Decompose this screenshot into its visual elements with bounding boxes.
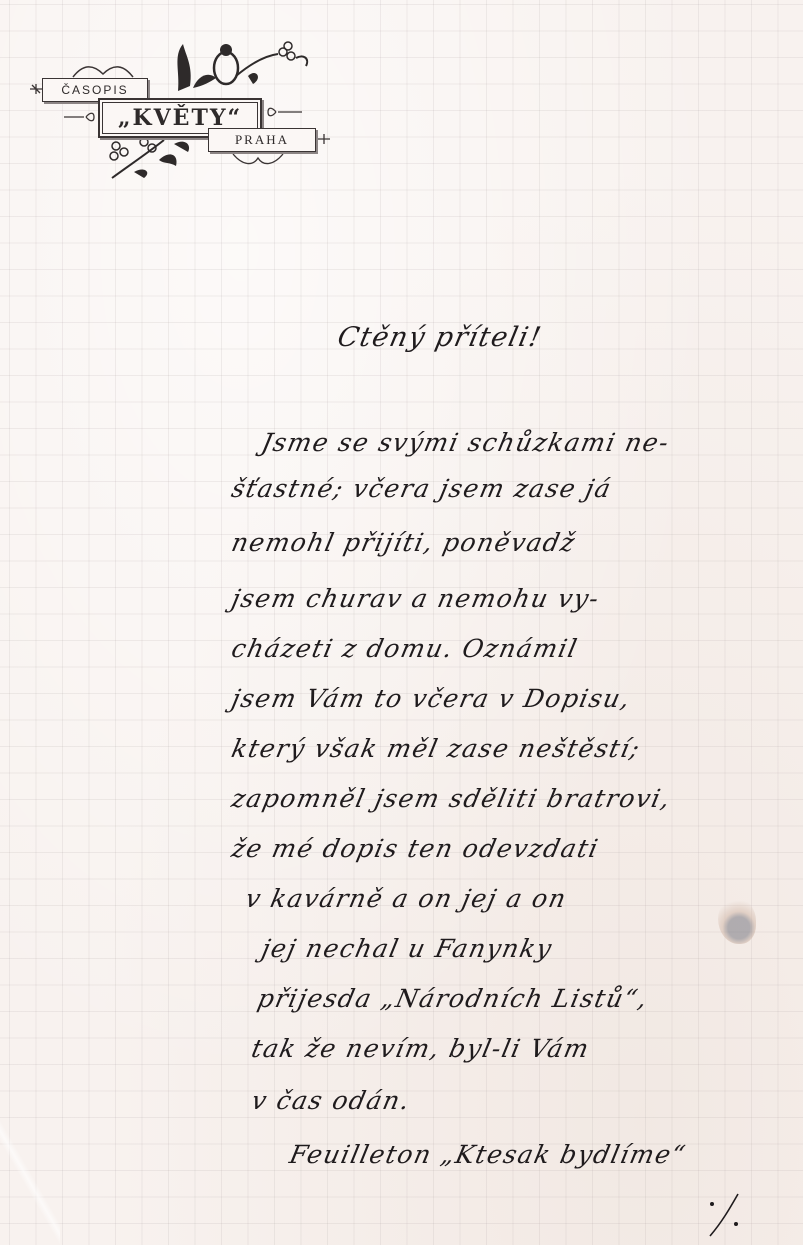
letter-line: jsem Vám to včera v Dopisu, — [229, 684, 634, 713]
letter-line: jsem churav a nemohu vy- — [229, 584, 603, 613]
bird-ornament-icon — [168, 36, 318, 96]
letter-line: šťastné; včera jsem zase já — [229, 474, 615, 503]
letter-line: v kavárně a on jej a on — [243, 884, 570, 913]
berry-branch-ornament-icon — [104, 132, 214, 180]
letterhead-city: PRAHA — [208, 128, 316, 152]
letter-line: zapomněl jsem sděliti bratrovi, — [229, 784, 674, 813]
letter-line: že mé dopis ten odevzdati — [229, 834, 602, 863]
scroll-ornament-icon — [228, 152, 288, 166]
letter-line: tak že nevím, byl-li Vám — [249, 1034, 593, 1063]
continuation-mark-icon — [700, 1190, 750, 1240]
letter-line: přijesda „Národních Listů“, — [255, 984, 651, 1013]
letter-line: jej nechal u Fanynky — [259, 934, 555, 963]
letter-line: cházeti z domu. Oznámil — [229, 634, 581, 663]
letter-line: nemohl přijíti, poněvadž — [229, 528, 579, 557]
salutation: Ctěný příteli! — [335, 322, 545, 353]
scroll-ornament-icon — [262, 104, 302, 120]
letter-page: ČASOPIS „KVĚTY“ PRAHA Ctěný příteli! Jsm… — [0, 0, 803, 1245]
scroll-ornament-icon — [316, 132, 332, 146]
paper-crease — [0, 1120, 60, 1245]
letter-line: který však měl zase neštěstí; — [229, 734, 644, 763]
letter-line: v čas odán. — [249, 1086, 413, 1115]
letter-line: Feuilleton „Ktesak bydlíme“ — [287, 1140, 689, 1169]
letter-line: Jsme se svými schůzkami ne- — [259, 428, 673, 457]
scroll-ornament-icon — [64, 110, 100, 124]
ink-stain — [718, 898, 756, 944]
letterhead: ČASOPIS „KVĚTY“ PRAHA — [28, 36, 338, 176]
